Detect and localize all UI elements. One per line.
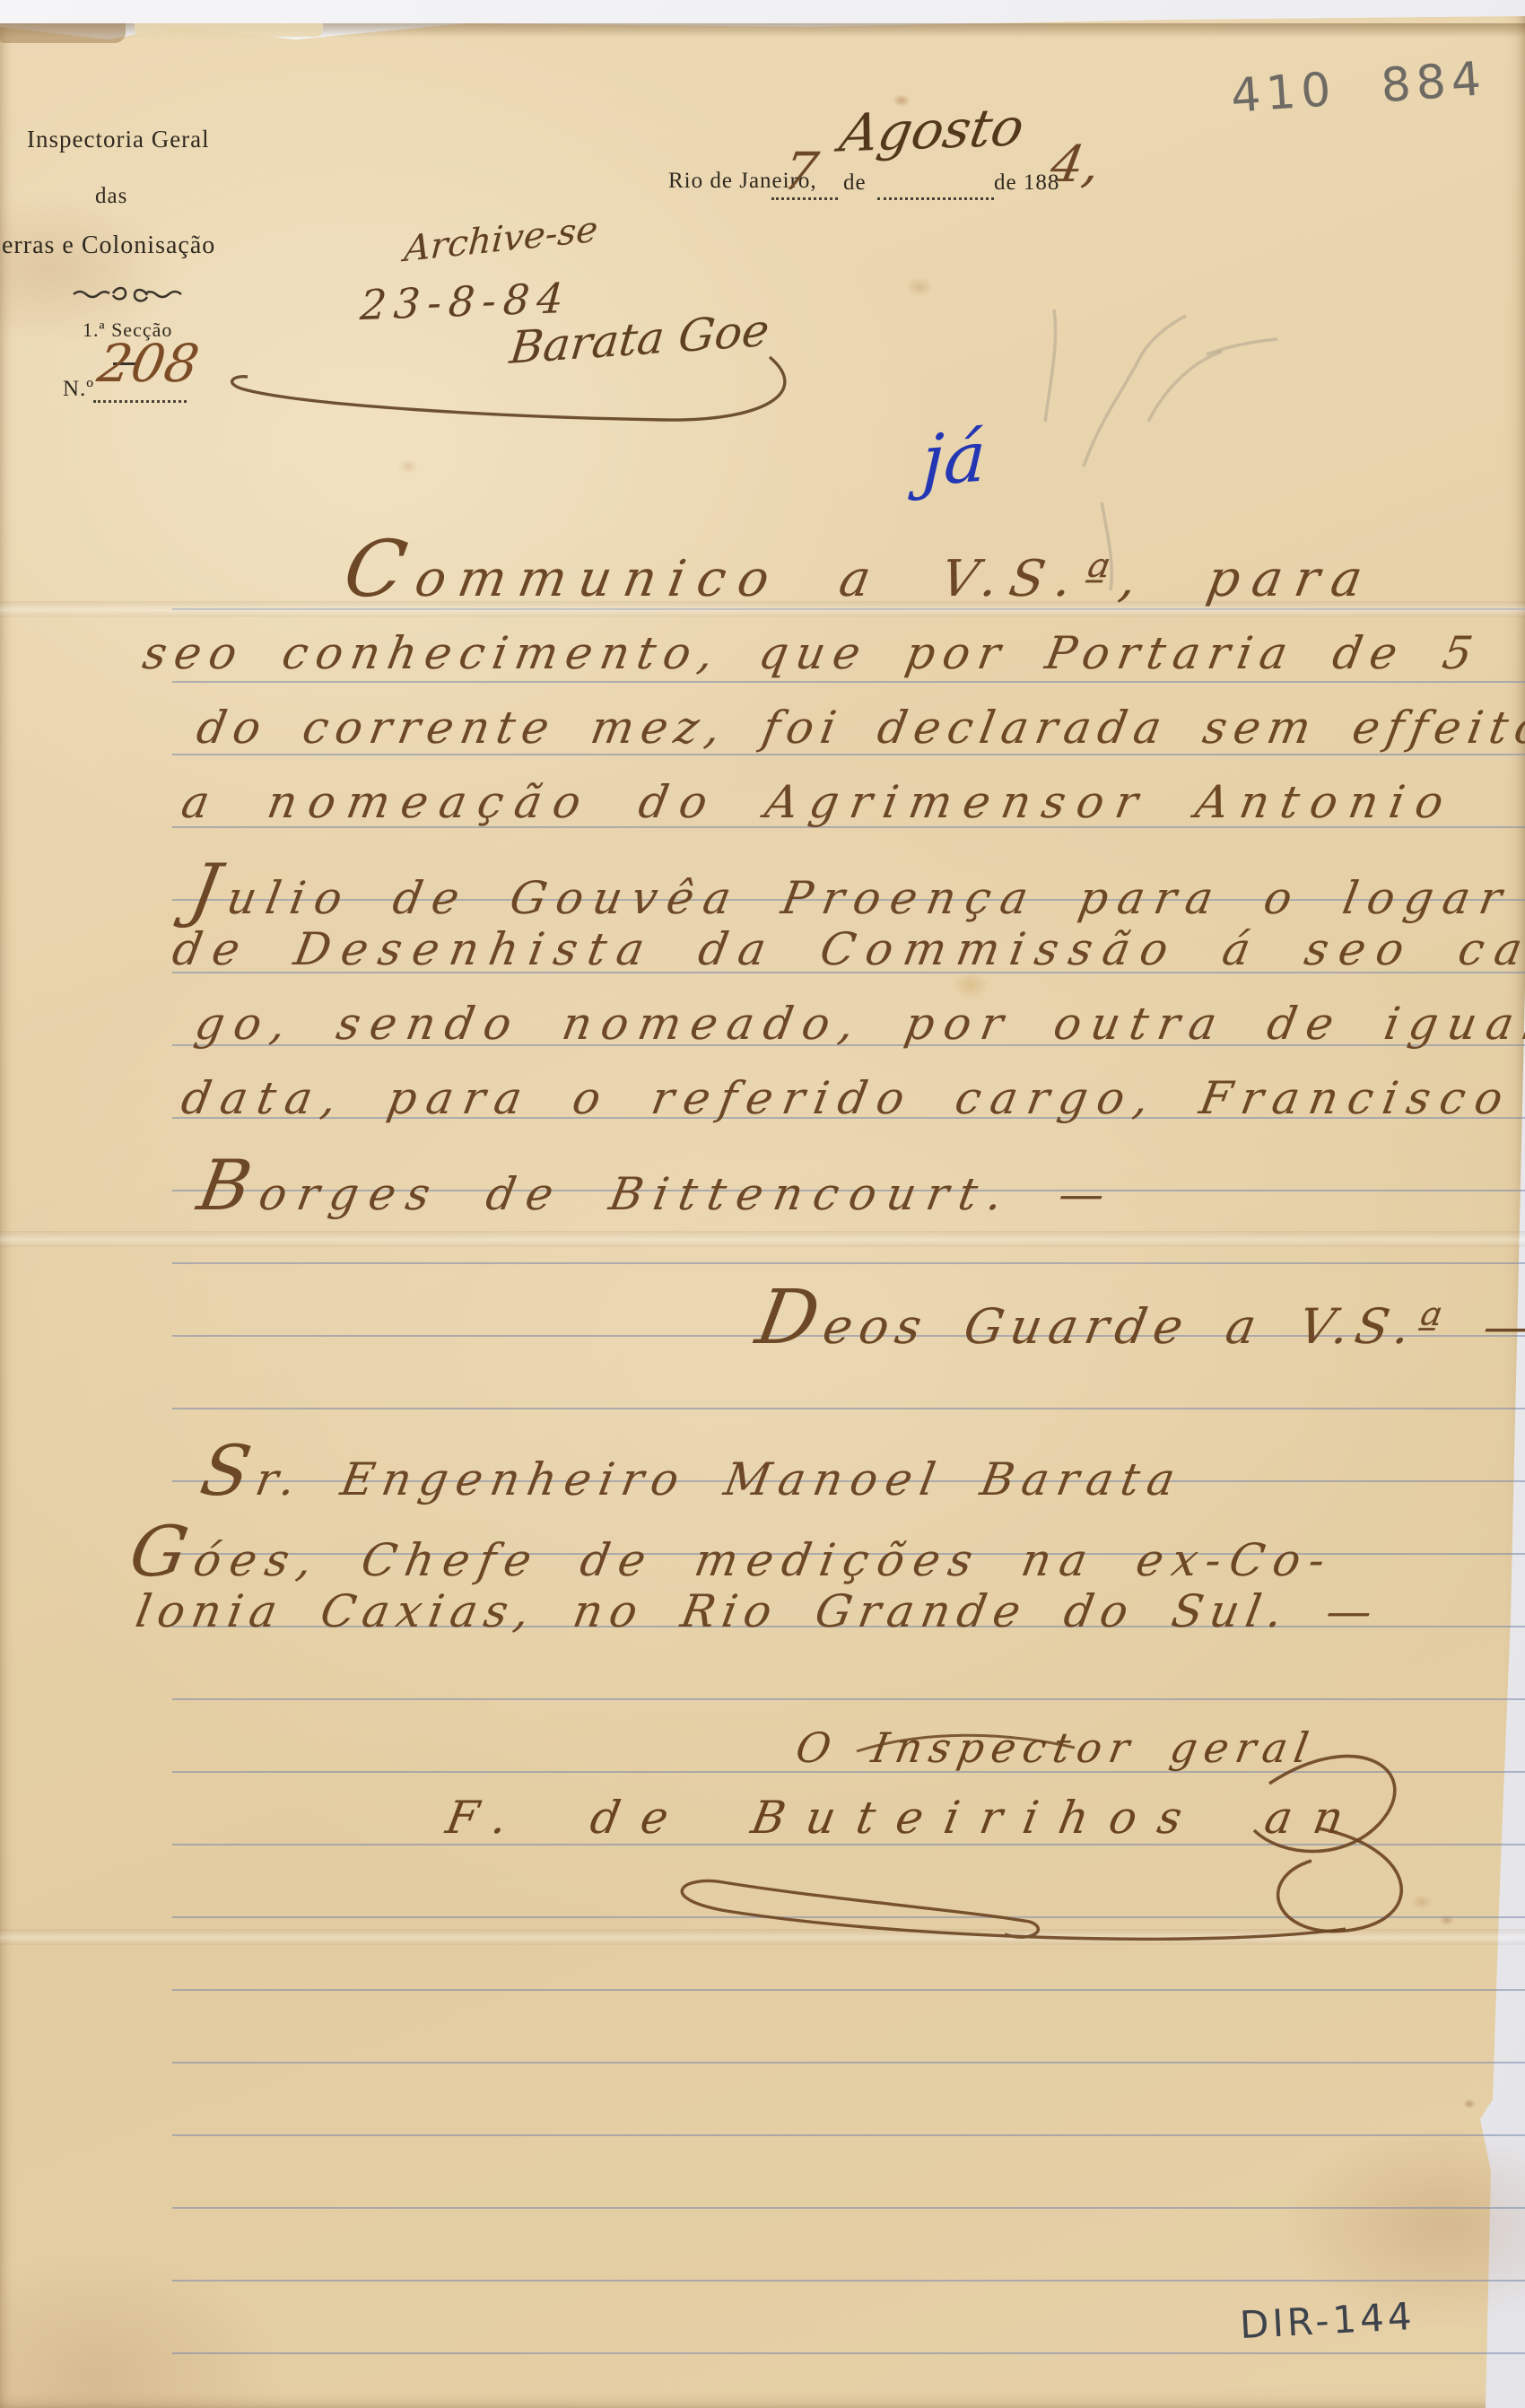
torn-edge-chip	[135, 23, 323, 37]
handwritten-number: 208	[93, 334, 203, 394]
dateline-month-handwritten: Agosto	[835, 97, 1028, 163]
letterhead-number-label: N.º	[63, 377, 94, 402]
body-line: data, para o referido cargo, Francisco	[178, 1073, 1517, 1125]
pencil-code-bottom-right: DIR-144	[1239, 2294, 1416, 2347]
body-line: Borges de Bittencourt. —	[192, 1147, 1123, 1226]
letterhead-line3: erras e Colonisação	[2, 231, 215, 260]
dateline-year-handwritten: 4,	[1046, 136, 1104, 194]
scanned-letter-page: Inspectoria Geral das erras e Colonisaçã…	[0, 0, 1525, 2408]
closing-signature: F. de Buteirihos an	[442, 1793, 1369, 1845]
body-salutation: Deos Guarde a V.S.ª —	[751, 1274, 1525, 1360]
body-line: de Desenhista da Commissão á seo car-	[169, 924, 1525, 976]
addressee-line: Góes, Chefe de medições na ex-Co-	[124, 1513, 1342, 1592]
body-line: seo conhecimento, que por Portaria de 5	[139, 628, 1485, 680]
letterhead-line2: das	[95, 184, 127, 209]
letterhead-line1: Inspectoria Geral	[27, 126, 210, 153]
torn-corner-dark	[0, 23, 126, 43]
body-line: Communico a V.S.ª, para	[337, 525, 1383, 615]
closing-title: O Inspector geral	[792, 1724, 1319, 1772]
blue-note: já	[920, 418, 987, 502]
dateline-de: de	[843, 170, 867, 196]
dateline-month-dotline	[877, 167, 994, 200]
addressee-line: lonia Caxias, no Rio Grande do Sul. —	[132, 1586, 1383, 1638]
body-line: do corrente mez, foi declarada sem effei…	[193, 702, 1525, 755]
body-line: go, sendo nomeado, por outra de igual	[191, 999, 1525, 1051]
addressee-line: Sr. Engenheiro Manoel Barata	[195, 1432, 1190, 1512]
body-line: Julio de Gouvêa Proença para o logar	[184, 851, 1520, 930]
body-line: a nomeação do Agrimensor Antonio	[178, 777, 1459, 829]
